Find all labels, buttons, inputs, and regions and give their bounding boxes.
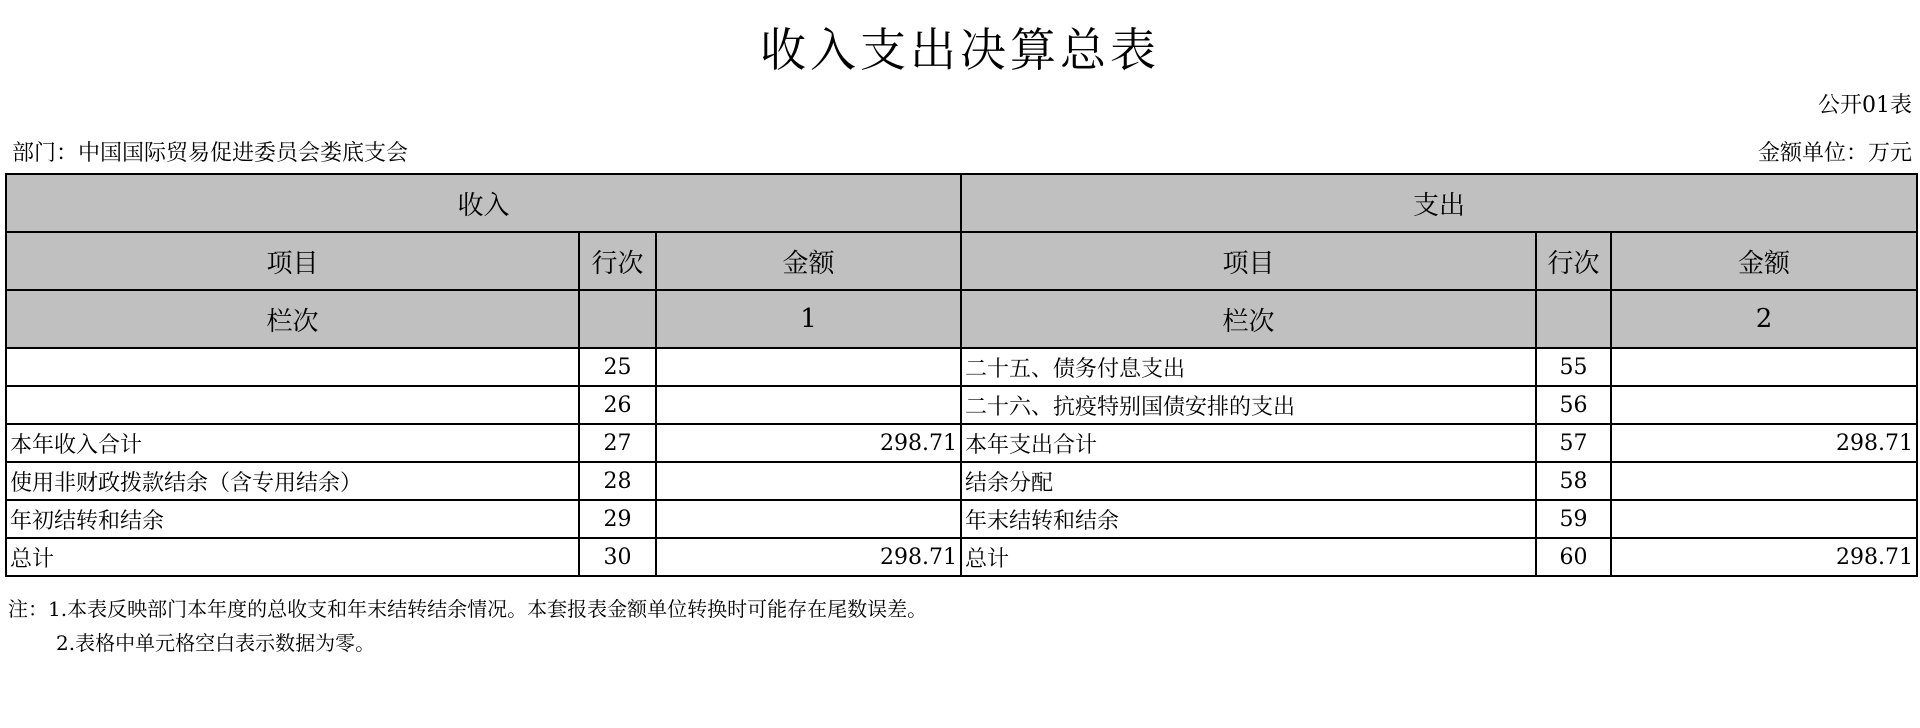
- expense-item: 总计: [961, 538, 1536, 576]
- expense-item: 年末结转和结余: [961, 500, 1536, 538]
- table-row: 年初结转和结余 29 年末结转和结余 59: [6, 500, 1917, 538]
- income-section-header: 收入: [6, 174, 961, 232]
- expense-amount: [1611, 348, 1917, 386]
- expense-amount: [1611, 500, 1917, 538]
- expense-item: 本年支出合计: [961, 424, 1536, 462]
- table-row: 本年收入合计 27 298.71 本年支出合计 57 298.71: [6, 424, 1917, 462]
- income-line: 27: [579, 424, 656, 462]
- income-amount-header: 金额: [656, 232, 961, 290]
- income-line: 25: [579, 348, 656, 386]
- expense-amount: [1611, 386, 1917, 424]
- income-line: 28: [579, 462, 656, 500]
- expense-item-header: 项目: [961, 232, 1536, 290]
- expense-line: 58: [1536, 462, 1611, 500]
- expense-amount-header: 金额: [1611, 232, 1917, 290]
- income-amount: 298.71: [656, 424, 961, 462]
- page-title: 收入支出决算总表: [0, 22, 1920, 78]
- income-amount: [656, 462, 961, 500]
- table-row: 25 二十五、债务付息支出 55: [6, 348, 1917, 386]
- income-item: 总计: [6, 538, 579, 576]
- department-label: 部门：中国国际贸易促进委员会娄底支会: [12, 140, 408, 168]
- income-line: 29: [579, 500, 656, 538]
- income-item-header: 项目: [6, 232, 579, 290]
- expense-column-label: 栏次: [961, 290, 1536, 348]
- table-row: 26 二十六、抗疫特别国债安排的支出 56: [6, 386, 1917, 424]
- income-item: 本年收入合计: [6, 424, 579, 462]
- income-column-number: 1: [656, 290, 961, 348]
- expense-line: 56: [1536, 386, 1611, 424]
- expense-line: 60: [1536, 538, 1611, 576]
- expense-amount: [1611, 462, 1917, 500]
- expense-section-header: 支出: [961, 174, 1917, 232]
- income-column-label: 栏次: [6, 290, 579, 348]
- income-amount: [656, 500, 961, 538]
- expense-amount: 298.71: [1611, 538, 1917, 576]
- expense-column-number: 2: [1611, 290, 1917, 348]
- income-amount: [656, 386, 961, 424]
- expense-item: 结余分配: [961, 462, 1536, 500]
- income-item: [6, 348, 579, 386]
- income-item: 年初结转和结余: [6, 500, 579, 538]
- expense-line: 59: [1536, 500, 1611, 538]
- notes: 注：1.本表反映部门本年度的总收支和年末结转结余情况。本套报表金额单位转换时可能…: [8, 592, 927, 660]
- income-item: [6, 386, 579, 424]
- income-line: 30: [579, 538, 656, 576]
- note-line-1: 注：1.本表反映部门本年度的总收支和年末结转结余情况。本套报表金额单位转换时可能…: [8, 592, 927, 626]
- income-line-blank: [579, 290, 656, 348]
- income-amount: 298.71: [656, 538, 961, 576]
- income-line: 26: [579, 386, 656, 424]
- table-row: 使用非财政拨款结余（含专用结余） 28 结余分配 58: [6, 462, 1917, 500]
- table-row: 总计 30 298.71 总计 60 298.71: [6, 538, 1917, 576]
- expense-line: 57: [1536, 424, 1611, 462]
- income-item: 使用非财政拨款结余（含专用结余）: [6, 462, 579, 500]
- amount-unit-label: 金额单位：万元: [1758, 140, 1912, 168]
- expense-amount: 298.71: [1611, 424, 1917, 462]
- income-amount: [656, 348, 961, 386]
- expense-line-blank: [1536, 290, 1611, 348]
- expense-line-header: 行次: [1536, 232, 1611, 290]
- form-number: 公开01表: [1818, 92, 1912, 120]
- income-line-header: 行次: [579, 232, 656, 290]
- note-line-2: 2.表格中单元格空白表示数据为零。: [8, 626, 927, 660]
- expense-item: 二十六、抗疫特别国债安排的支出: [961, 386, 1536, 424]
- income-expense-table: 收入 支出 项目 行次 金额 项目 行次 金额 栏次 1 栏次 2 25 二十五…: [5, 173, 1918, 577]
- expense-item: 二十五、债务付息支出: [961, 348, 1536, 386]
- expense-line: 55: [1536, 348, 1611, 386]
